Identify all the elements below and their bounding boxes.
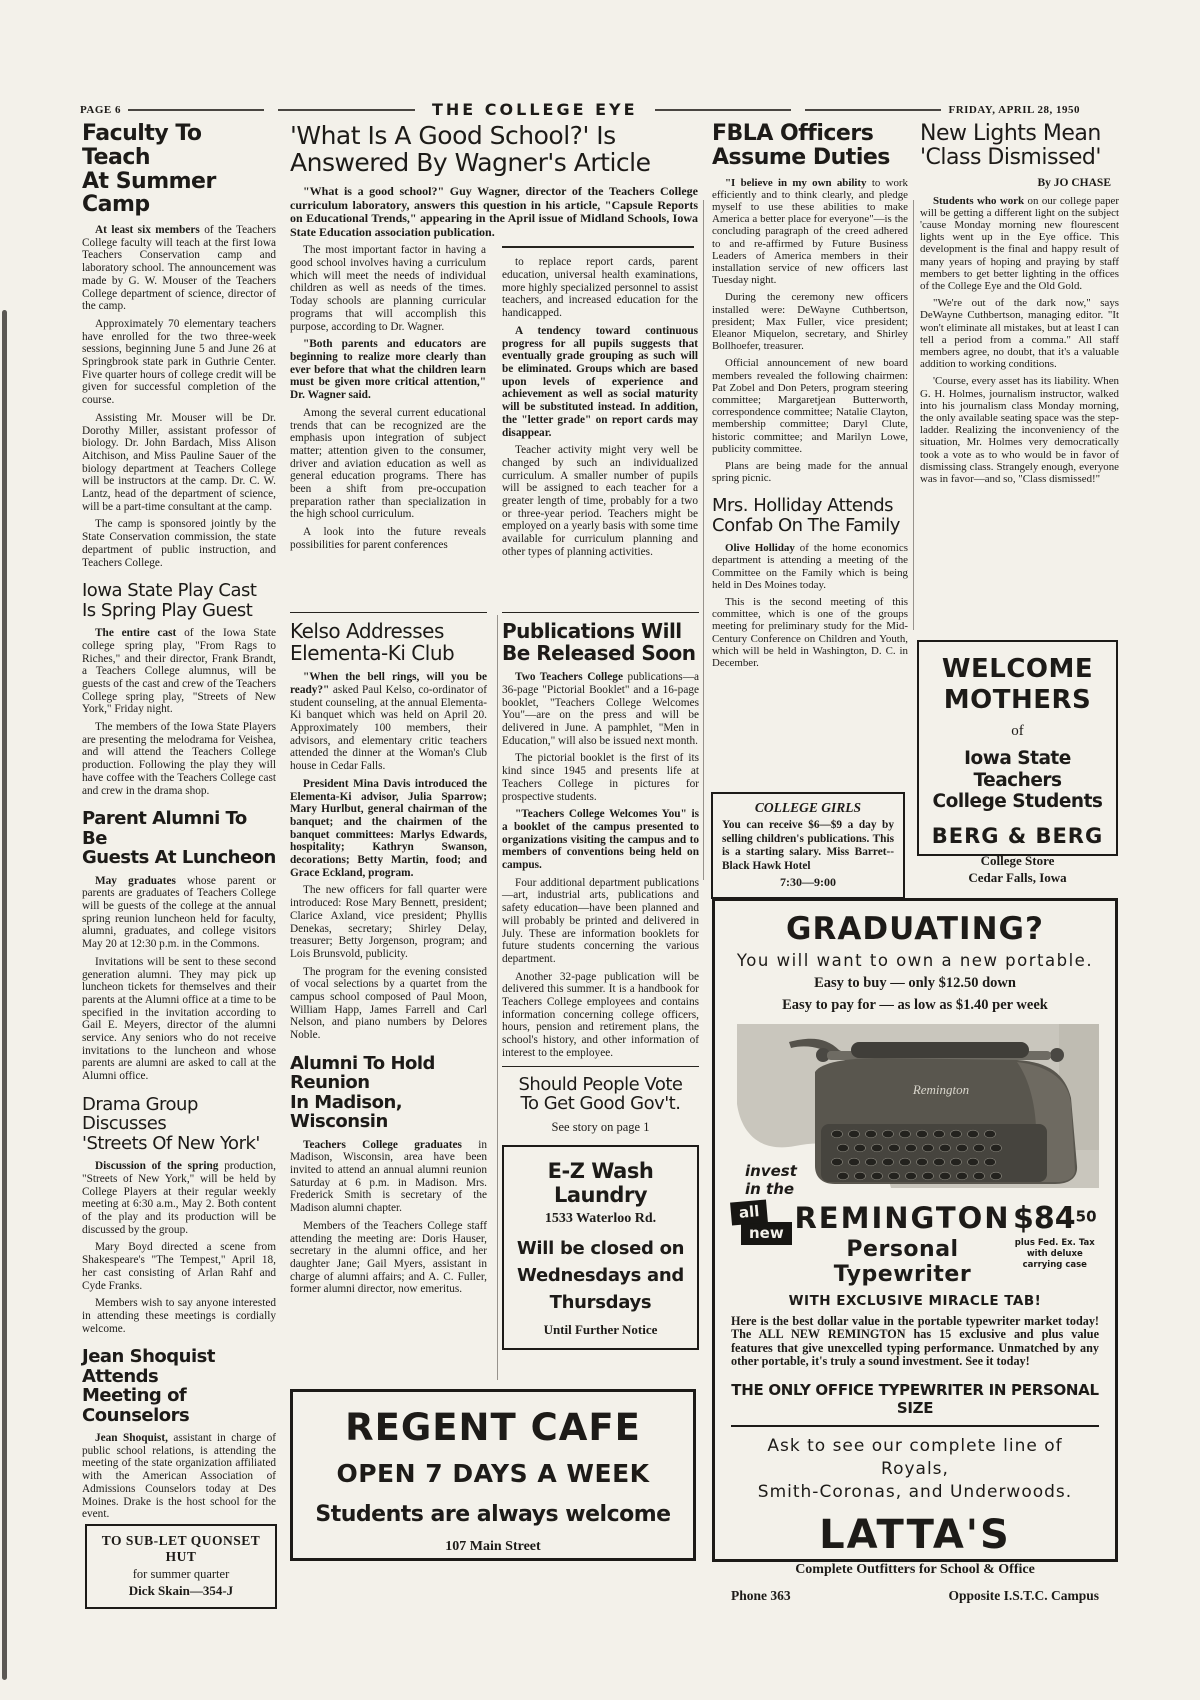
column-rule <box>703 200 704 880</box>
column-5: New Lights Mean 'Class Dismissed' By JO … <box>920 122 1119 490</box>
byline: By JO CHASE <box>920 177 1111 189</box>
berg-store-city: Cedar Falls, Iowa <box>927 870 1108 886</box>
ez-wash-address: 1533 Waterloo Rd. <box>514 1211 687 1227</box>
lattas-tagline: Complete Outfitters for School & Office <box>731 1562 1099 1578</box>
article-paragraph: Plans are being made for the annual spri… <box>712 460 908 484</box>
wagner-columns: The most important factor in having a go… <box>290 244 698 563</box>
column-rule <box>913 200 914 630</box>
lattas-location: Opposite I.S.T.C. Campus <box>948 1588 1099 1604</box>
article-paragraph: At least six members of the Teachers Col… <box>82 224 276 313</box>
price-cents: 50 <box>1076 1208 1097 1226</box>
headline-fbla: FBLA Officers Assume Duties <box>712 122 908 170</box>
article-paragraph: Members wish to say anyone interested in… <box>82 1297 276 1335</box>
article-paragraph: This is the second meeting of this commi… <box>712 596 908 669</box>
ez-wash-name: E-Z Wash Laundry <box>514 1159 687 1207</box>
headline-publications: Publications Will Be Released Soon <box>502 621 699 664</box>
svg-text:Remington: Remington <box>912 1082 969 1097</box>
section-rule <box>290 612 487 613</box>
article-paragraph: to replace report cards, parent educatio… <box>502 256 698 320</box>
see-story-note: See story on page 1 <box>502 1120 699 1135</box>
sublet-contact: Dick Skain—354-J <box>91 1583 271 1599</box>
article-paragraph: The new officers for fall quarter were i… <box>290 884 487 960</box>
ez-wash-closed-notice: Will be closed on Wednesdays and Thursda… <box>514 1235 687 1316</box>
article-paragraph: Mary Boyd directed a scene from Shakespe… <box>82 1241 276 1292</box>
regent-students-line: Students are always welcome <box>293 1502 693 1527</box>
welcome-of: of <box>927 723 1108 740</box>
column-4: FBLA Officers Assume Duties "I believe i… <box>712 122 908 674</box>
cutoff-rule <box>502 246 694 248</box>
ez-wash-ad: E-Z Wash Laundry 1533 Waterloo Rd. Will … <box>502 1145 699 1350</box>
article-paragraph: Members of the Teachers College staff at… <box>290 1220 487 1296</box>
article-paragraph: Two Teachers College publications—a 36-p… <box>502 671 699 747</box>
chip-new: new <box>741 1222 792 1245</box>
remington-slogan: THE ONLY OFFICE TYPEWRITER IN PERSONAL S… <box>731 1381 1099 1417</box>
article-paragraph: A tendency toward continuous progress fo… <box>502 325 698 439</box>
article-paragraph: 'Course, every asset has its liability. … <box>920 375 1119 485</box>
remington-body-copy: Here is the best dollar value in the por… <box>731 1315 1099 1369</box>
all-new-chips: all new <box>731 1201 794 1245</box>
article-paragraph: The members of the Iowa State Players ar… <box>82 721 276 797</box>
article-paragraph: Among the several current educational tr… <box>290 407 486 521</box>
wagner-article: 'What Is A Good School?' Is Answered By … <box>290 122 698 564</box>
article-paragraph: "We're out of the dark now," says DeWayn… <box>920 297 1119 370</box>
issue-date: FRIDAY, APRIL 28, 1950 <box>948 104 1080 116</box>
article-paragraph: Teacher activity might very well be chan… <box>502 444 698 558</box>
headline-faculty-camp: Faculty To Teach At Summer Camp <box>82 122 276 217</box>
typewriter-photo: Remington invest in the <box>731 1022 1099 1205</box>
product-name: Personal Typewriter <box>794 1237 1010 1287</box>
graduating-headline: GRADUATING? <box>731 911 1099 947</box>
article-paragraph: "I believe in my own ability to work eff… <box>712 177 908 287</box>
masthead-rule <box>805 109 941 111</box>
sublet-notice-box: TO SUB-LET QUONSET HUT for summer quarte… <box>85 1524 277 1609</box>
college-girls-hours: 7:30—9:00 <box>722 875 894 890</box>
article-paragraph: The camp is sponsored jointly by the Sta… <box>82 518 276 569</box>
berg-store-name: BERG & BERG <box>927 824 1108 848</box>
article-paragraph: Discussion of the spring production, "St… <box>82 1160 276 1236</box>
ad-divider <box>731 1425 1099 1427</box>
article-paragraph: Four additional department publications—… <box>502 877 699 966</box>
price-dollars: $84 <box>1013 1201 1076 1236</box>
headline-drama-group: Drama Group Discusses 'Streets Of New Yo… <box>82 1095 276 1153</box>
college-girls-heading: COLLEGE GIRLS <box>722 800 894 816</box>
headline-new-lights: New Lights Mean 'Class Dismissed' <box>920 122 1119 170</box>
article-paragraph: "When the bell rings, will you be ready?… <box>290 671 487 773</box>
regent-address: 107 Main Street <box>293 1539 693 1555</box>
headline-jean-shoquist: Jean Shoquist Attends Meeting of Counsel… <box>82 1347 276 1425</box>
column-rule <box>497 615 498 1380</box>
berg-and-berg-ad: WELCOME MOTHERS of Iowa State Teachers C… <box>917 640 1118 856</box>
section-rule <box>502 612 699 613</box>
article-paragraph: Assisting Mr. Mouser will be Dr. Dorothy… <box>82 412 276 514</box>
article-paragraph: A look into the future reveals possibili… <box>290 526 486 551</box>
headline-vote: Should People Vote To Get Good Gov't. <box>502 1075 699 1114</box>
berg-store-type: College Store <box>927 853 1108 869</box>
price-block: $8450 plus Fed. Ex. Tax with deluxe carr… <box>1011 1201 1099 1271</box>
sublet-title: TO SUB-LET QUONSET HUT <box>91 1533 271 1565</box>
easy-buy-line: Easy to buy — only $12.50 down <box>731 975 1099 992</box>
lattas-store-name: LATTA'S <box>731 1512 1099 1558</box>
masthead: PAGE 6 THE COLLEGE EYE FRIDAY, APRIL 28,… <box>80 100 1080 119</box>
article-paragraph: "Teachers College Welcomes You" is a boo… <box>502 808 699 872</box>
article-paragraph: Jean Shoquist, assistant in charge of pu… <box>82 1432 276 1521</box>
headline-holliday: Mrs. Holliday Attends Confab On The Fami… <box>712 496 908 535</box>
page-number: PAGE 6 <box>80 104 121 116</box>
article-paragraph: President Mina Davis introduced the Elem… <box>290 778 487 880</box>
article-paragraph: May graduates whose parent or parents ar… <box>82 875 276 951</box>
regent-cafe-name: REGENT CAFE <box>293 1406 693 1449</box>
column-1: Faculty To Teach At Summer Camp At least… <box>82 122 276 1526</box>
column-3-lower: Publications Will Be Released Soon Two T… <box>502 606 699 1350</box>
headline-parent-alumni: Parent Alumni To Be Guests At Luncheon <box>82 809 276 867</box>
price-notes: plus Fed. Ex. Tax with deluxe carrying c… <box>1011 1238 1099 1271</box>
brand-block: REMINGTON Personal Typewriter <box>794 1201 1010 1287</box>
brand-name: REMINGTON <box>794 1201 1010 1235</box>
article-paragraph: Invitations will be sent to these second… <box>82 956 276 1083</box>
lattas-phone: Phone 363 <box>731 1588 791 1604</box>
article-paragraph: The program for the evening consisted of… <box>290 966 487 1042</box>
masthead-rule <box>655 109 791 111</box>
chip-all: all <box>730 1199 768 1225</box>
article-paragraph: "Both parents and educators are beginnin… <box>290 338 486 402</box>
headline-good-school: 'What Is A Good School?' Is Answered By … <box>290 122 698 176</box>
masthead-rule <box>278 109 414 111</box>
miracle-tab-line: WITH EXCLUSIVE MIRACLE TAB! <box>731 1293 1099 1309</box>
easy-pay-line: Easy to pay for — as low as $1.40 per we… <box>731 997 1099 1014</box>
headline-madison-reunion: Alumni To Hold Reunion In Madison, Wisco… <box>290 1054 487 1132</box>
sublet-term: for summer quarter <box>91 1567 271 1582</box>
article-paragraph: Official announcement of new board membe… <box>712 357 908 455</box>
lattas-footer: Phone 363 Opposite I.S.T.C. Campus <box>731 1588 1099 1604</box>
article-paragraph: The most important factor in having a go… <box>290 244 486 333</box>
article-paragraph: Approximately 70 elementary teachers hav… <box>82 318 276 407</box>
article-lead-paragraph: "What is a good school?" Guy Wagner, dir… <box>290 185 698 239</box>
article-paragraph: Another 32-page publication will be deli… <box>502 971 699 1060</box>
remington-lattas-ad: GRADUATING? You will want to own a new p… <box>712 898 1118 1562</box>
welcome-audience: Iowa State Teachers College Students <box>927 748 1108 812</box>
graduating-subhead: You will want to own a new portable. <box>731 951 1099 970</box>
article-paragraph: Students who work on our college paper w… <box>920 195 1119 293</box>
college-girls-ad: COLLEGE GIRLS You can receive $6—$9 a da… <box>711 792 905 899</box>
brand-row: all new REMINGTON Personal Typewriter $8… <box>731 1201 1099 1287</box>
headline-play-cast: Iowa State Play Cast Is Spring Play Gues… <box>82 581 276 620</box>
ask-line: Ask to see our complete line of Royals, … <box>731 1435 1099 1504</box>
regent-cafe-ad: REGENT CAFE OPEN 7 DAYS A WEEK Students … <box>290 1389 696 1561</box>
headline-kelso: Kelso Addresses Elementa-Ki Club <box>290 621 487 664</box>
regent-open-line: OPEN 7 DAYS A WEEK <box>293 1459 693 1488</box>
scan-artifact <box>2 310 7 1680</box>
ez-wash-note: Until Further Notice <box>514 1322 687 1338</box>
masthead-rule <box>128 109 264 111</box>
wagner-left-column: The most important factor in having a go… <box>290 244 486 563</box>
newspaper-title: THE COLLEGE EYE <box>422 100 648 119</box>
wagner-right-column: to replace report cards, parent educatio… <box>502 244 698 563</box>
article-paragraph: Olive Holliday of the home economics dep… <box>712 542 908 591</box>
article-paragraph: The entire cast of the Iowa State colleg… <box>82 627 276 716</box>
newspaper-page: PAGE 6 THE COLLEGE EYE FRIDAY, APRIL 28,… <box>0 0 1200 1700</box>
article-paragraph: The pictorial booklet is the first of it… <box>502 752 699 803</box>
welcome-mothers-title: WELCOME MOTHERS <box>927 654 1108 715</box>
article-paragraph: Teachers College graduates in Madison, W… <box>290 1139 487 1215</box>
section-rule <box>502 1066 699 1067</box>
invest-caption: invest in the <box>745 1162 797 1200</box>
college-girls-body: You can receive $6—$9 a day by selling c… <box>722 819 894 873</box>
article-paragraph: During the ceremony new officers install… <box>712 291 908 352</box>
column-2-lower: Kelso Addresses Elementa-Ki Club "When t… <box>290 606 487 1301</box>
